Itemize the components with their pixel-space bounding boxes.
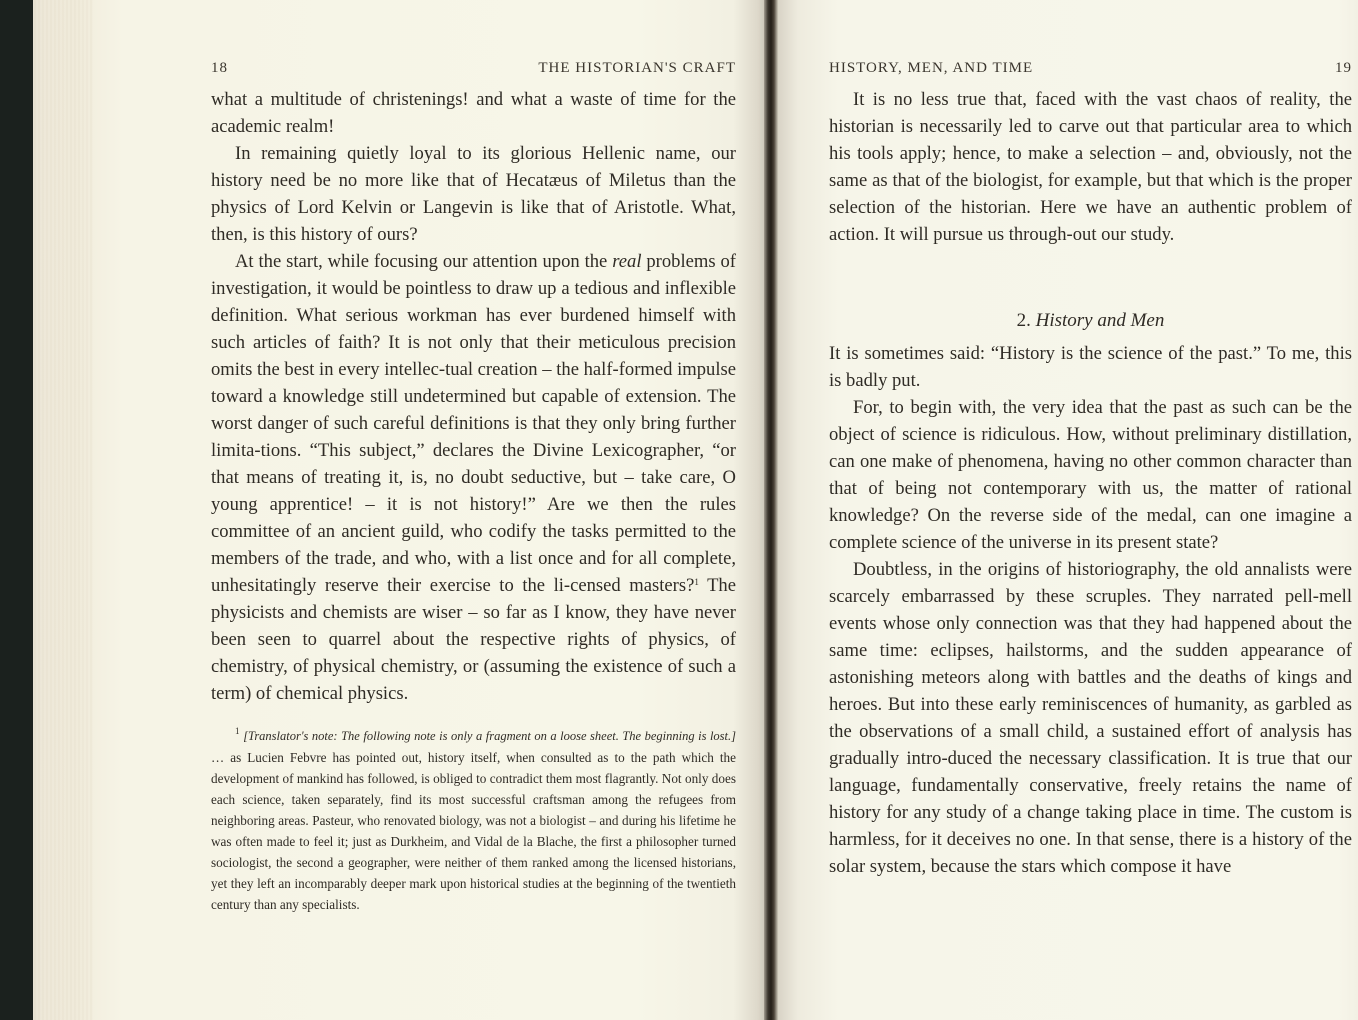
page-number: 19 bbox=[1335, 60, 1352, 77]
section-title: History and Men bbox=[1036, 310, 1165, 331]
translator-note: [Translator's note: The following note i… bbox=[243, 729, 736, 743]
footnote-text: 1 [Translator's note: The following note… bbox=[211, 725, 736, 915]
section-heading: 2. History and Men bbox=[829, 306, 1352, 336]
open-book-spread: 18 THE HISTORIAN'S CRAFT what a multitud… bbox=[0, 0, 1358, 1020]
page-number: 18 bbox=[211, 60, 228, 77]
running-head-title: THE HISTORIAN'S CRAFT bbox=[538, 60, 736, 77]
running-head-title: HISTORY, MEN, AND TIME bbox=[829, 60, 1033, 77]
right-running-head: HISTORY, MEN, AND TIME 19 bbox=[829, 60, 1352, 86]
footnote: 1 [Translator's note: The following note… bbox=[211, 725, 736, 915]
scanner-background-edge bbox=[0, 0, 33, 1020]
paragraph-text: At the start, while focusing our attenti… bbox=[235, 251, 612, 272]
paragraph: It is no less true that, faced with the … bbox=[829, 86, 1352, 248]
left-body-text: what a multitude of christenings! and wh… bbox=[211, 86, 736, 707]
paragraph: In remaining quietly loyal to its glorio… bbox=[211, 140, 736, 248]
paragraph-text: problems of investigation, it would be p… bbox=[211, 251, 736, 596]
right-page-content: HISTORY, MEN, AND TIME 19 It is no less … bbox=[829, 60, 1352, 880]
footnote-marker: 1 bbox=[235, 726, 240, 736]
page-stack-edge bbox=[33, 0, 93, 1020]
section-number: 2. bbox=[1017, 310, 1031, 331]
paragraph: For, to begin with, the very idea that t… bbox=[829, 394, 1352, 556]
left-page-content: 18 THE HISTORIAN'S CRAFT what a multitud… bbox=[211, 60, 736, 915]
italic-emphasis: real bbox=[612, 251, 641, 272]
book-gutter bbox=[764, 0, 778, 1020]
paragraph: At the start, while focusing our attenti… bbox=[211, 248, 736, 707]
right-body-text: It is no less true that, faced with the … bbox=[829, 86, 1352, 880]
paragraph: It is sometimes said: “History is the sc… bbox=[829, 340, 1352, 394]
paragraph: Doubtless, in the origins of historiogra… bbox=[829, 556, 1352, 880]
left-running-head: 18 THE HISTORIAN'S CRAFT bbox=[211, 60, 736, 86]
paragraph: what a multitude of christenings! and wh… bbox=[211, 86, 736, 140]
footnote-body: … as Lucien Febvre has pointed out, hist… bbox=[211, 750, 736, 912]
